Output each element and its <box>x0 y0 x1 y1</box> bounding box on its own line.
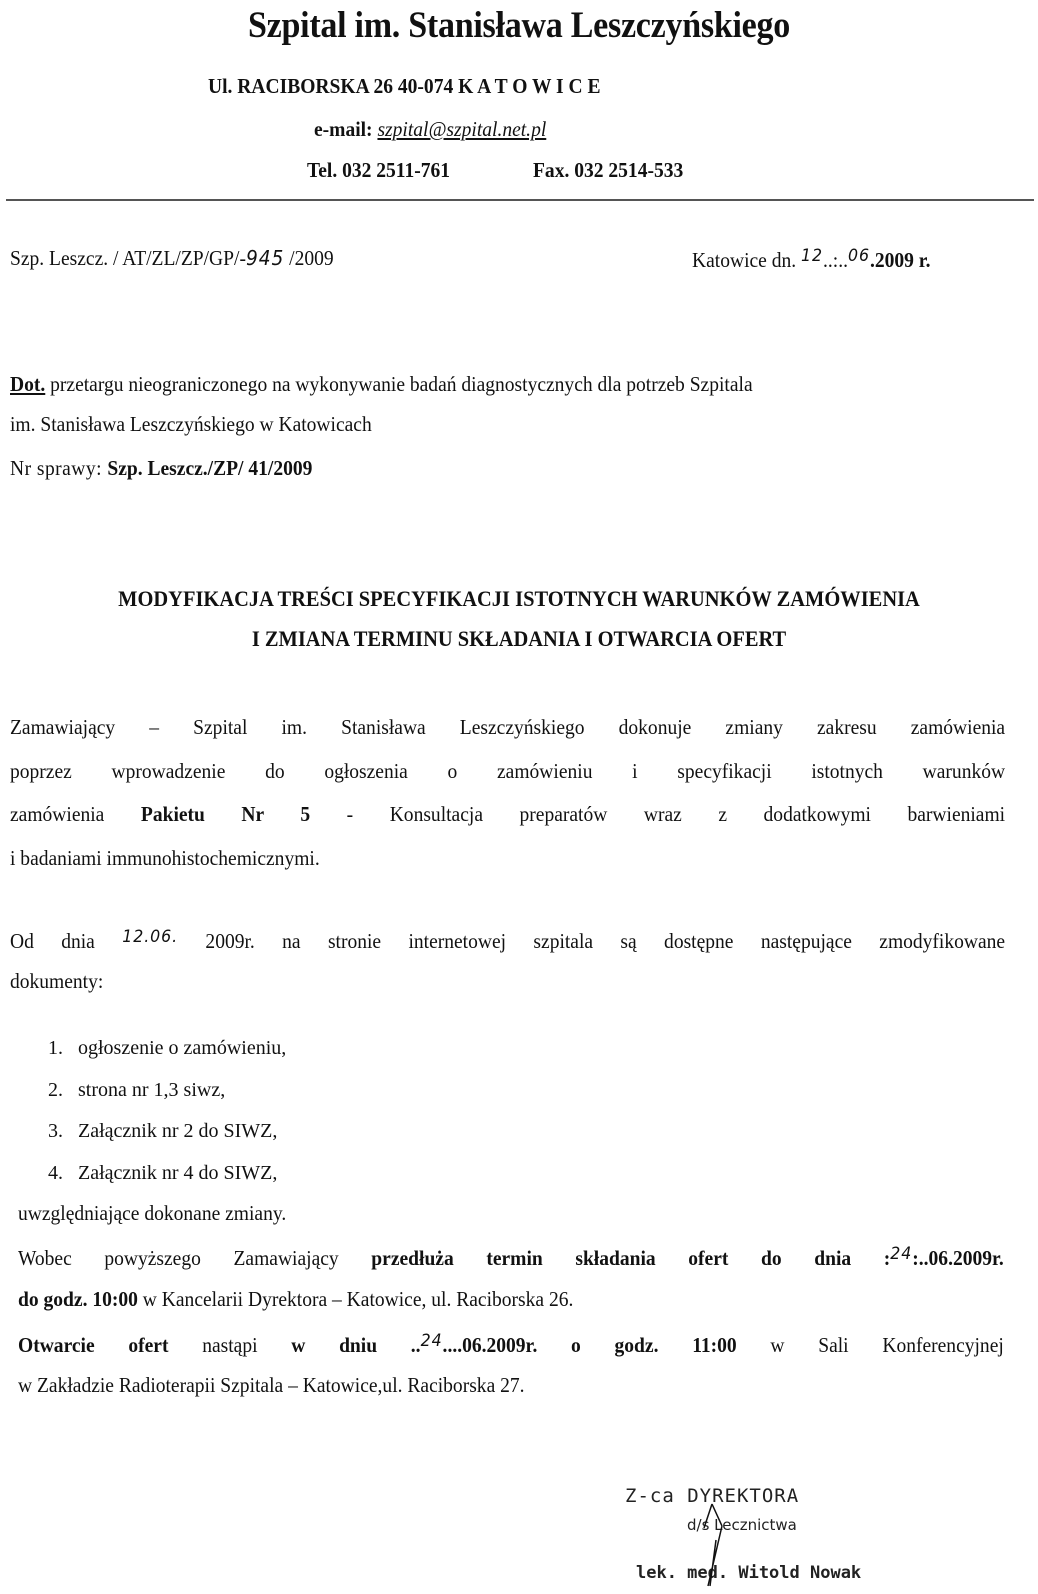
subject-line: Dot. przetargu nieograniczonego na wykon… <box>10 372 753 397</box>
closing-line1: uwzględniające dokonane zmiany. <box>18 1201 286 1226</box>
email-link[interactable]: szpital@szpital.net.pl <box>377 117 546 141</box>
email-label: e-mail: <box>314 117 373 141</box>
case-value: Szp. Leszcz./ZP/ 41/2009 <box>107 456 312 480</box>
subject-text: przetargu nieograniczonego na wykonywani… <box>45 372 752 396</box>
case-number: Nr sprawy: Szp. Leszcz./ZP/ 41/2009 <box>10 456 312 481</box>
reference-suffix: /2009 <box>284 246 333 270</box>
deadline-time: do godz. 10:00 <box>18 1287 138 1311</box>
handwritten-month: 06 <box>848 246 870 266</box>
hospital-email: e-mail: szpital@szpital.net.pl <box>314 117 546 142</box>
deadline-date-suffix: .06.2009r. <box>924 1246 1004 1270</box>
list-text: Załącznik nr 4 do SIWZ, <box>78 1162 277 1184</box>
list-item: 3.Załącznik nr 2 do SIWZ, <box>48 1120 277 1143</box>
paragraph2-line2: dokumenty: <box>10 969 103 994</box>
document-heading-1: MODYFIKACJA TREŚCI SPECYFIKACJI ISTOTNYC… <box>36 586 1001 612</box>
paragraph1-line3: zamówienia Pakietu Nr 5 - Konsultacja pr… <box>10 802 1005 827</box>
opening-datetime: ....06.2009r. o godz. 11:00 <box>443 1333 737 1357</box>
list-item: 1.ogłoszenie o zamówieniu, <box>48 1037 286 1060</box>
p1-text-b: - Konsultacja preparatów wraz z dodatkow… <box>310 802 1005 826</box>
deadline-line: Wobec powyższego Zamawiający przedłuża t… <box>18 1244 1004 1271</box>
list-number: 2. <box>48 1079 78 1102</box>
handwritten-opening-day: 24 <box>421 1331 443 1351</box>
subject-label: Dot. <box>10 372 45 396</box>
p2-suffix: 2009r. na stronie internetowej szpitala … <box>178 929 1005 953</box>
list-number: 3. <box>48 1120 78 1143</box>
hospital-address: Ul. RACIBORSKA 26 40-074 K A T O W I C E <box>208 74 601 99</box>
paragraph1-line2: poprzez wprowadzenie do ogłoszenia o zam… <box>10 759 1005 784</box>
p2-prefix: Od dnia <box>10 929 122 953</box>
paragraph1-line1: Zamawiający – Szpital im. Stanisława Les… <box>10 715 1005 740</box>
list-text: ogłoszenie o zamówieniu, <box>78 1037 286 1059</box>
date-suffix: .2009 r. <box>870 248 931 272</box>
opening-label: Otwarcie ofert <box>18 1333 168 1357</box>
header-divider <box>6 199 1034 201</box>
hospital-fax: Fax. 032 2514-533 <box>533 158 683 183</box>
list-item: 4.Załącznik nr 4 do SIWZ, <box>48 1162 277 1185</box>
handwritten-reference: 945 <box>246 246 284 270</box>
deadline-bold: przedłuża termin składania ofert do dnia <box>371 1246 883 1270</box>
deadline-place: w Kancelarii Dyrektora – Katowice, ul. R… <box>138 1287 573 1311</box>
reference-prefix: Szp. Leszcz. / AT/ZL/ZP/GP/- <box>10 246 246 270</box>
opening-location: w Zakładzie Radioterapii Szpitala – Kato… <box>18 1373 525 1398</box>
paragraph2-line1: Od dnia 12.06. 2009r. na stronie interne… <box>10 927 1005 954</box>
hospital-phone: Tel. 032 2511-761 <box>307 158 450 183</box>
p1-text-a: zamówienia <box>10 802 141 826</box>
document-heading-2: I ZMIANA TERMINU SKŁADANIA I OTWARCIA OF… <box>36 626 1001 652</box>
signature-icon <box>700 1500 740 1590</box>
subject-line-2: im. Stanisława Leszczyńskiego w Katowica… <box>10 412 372 437</box>
stamp-name: lek. med. Witold Nowak <box>636 1563 861 1583</box>
case-label: Nr sprawy: <box>10 456 107 480</box>
reference-number: Szp. Leszcz. / AT/ZL/ZP/GP/-945 /2009 <box>10 246 334 271</box>
letter-date: Katowice dn. 12..:..06.2009 r. <box>692 246 931 273</box>
opening-place: w Sali Konferencyjnej <box>737 1333 1004 1357</box>
hospital-name: Szpital im. Stanisława Leszczyńskiego <box>42 4 997 47</box>
list-number: 4. <box>48 1162 78 1185</box>
handwritten-deadline-day: 24 <box>890 1244 912 1264</box>
package-number: Pakietu Nr 5 <box>141 802 310 826</box>
deadline-text: Wobec powyższego Zamawiający <box>18 1246 371 1270</box>
opening-text-a: nastąpi <box>168 1333 291 1357</box>
opening-bold-2: w dniu .. <box>291 1333 420 1357</box>
handwritten-day: 12 <box>801 246 823 266</box>
opening-line: Otwarcie ofert nastąpi w dniu ..24....06… <box>18 1331 1004 1358</box>
list-text: Załącznik nr 2 do SIWZ, <box>78 1120 277 1142</box>
list-item: 2.strona nr 1,3 siwz, <box>48 1079 225 1102</box>
list-text: strona nr 1,3 siwz, <box>78 1079 225 1101</box>
paragraph1-line4: i badaniami immunohistochemicznymi. <box>10 846 320 871</box>
deadline-time-line: do godz. 10:00 w Kancelarii Dyrektora – … <box>18 1287 573 1312</box>
list-number: 1. <box>48 1037 78 1060</box>
date-prefix: Katowice dn. <box>692 248 801 272</box>
handwritten-publish-date: 12.06. <box>122 927 178 947</box>
